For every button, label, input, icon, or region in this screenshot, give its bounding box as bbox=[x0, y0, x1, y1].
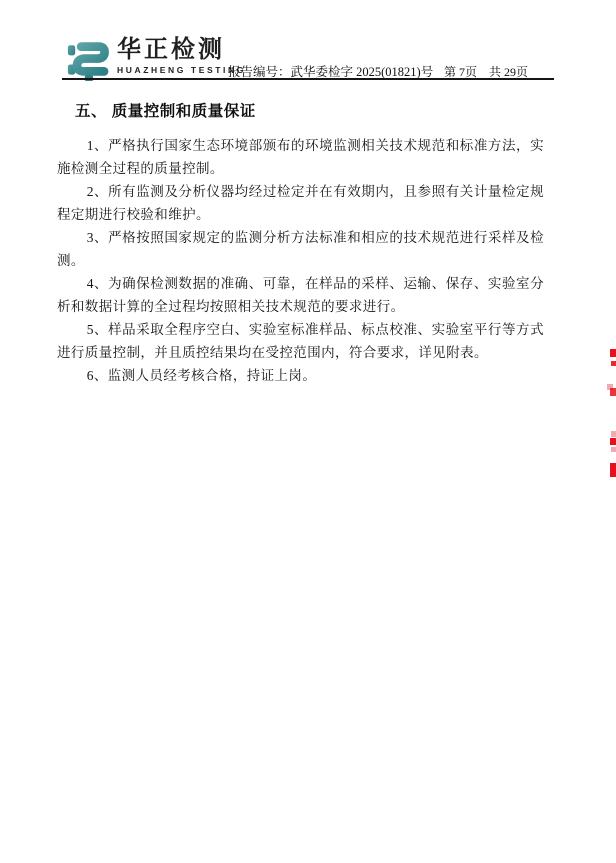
header-divider bbox=[62, 78, 554, 80]
logo-text-block: 华正检测 HUAZHENG TESTING bbox=[117, 37, 246, 75]
huazheng-logo-icon bbox=[67, 37, 110, 81]
paragraph-4: 4、为确保检测数据的准确、可靠，在样品的采样、运输、保存、实验室分析和数据计算的… bbox=[57, 272, 544, 318]
paragraph-6: 6、监测人员经考核合格，持证上岗。 bbox=[57, 364, 544, 387]
seal-fragment-icon bbox=[610, 388, 616, 396]
company-name-en: HUAZHENG TESTING bbox=[117, 65, 246, 75]
seal-fragment-icon bbox=[611, 447, 616, 452]
document-page: 华正检测 HUAZHENG TESTING 报告编号：武华委检字 2025(01… bbox=[0, 0, 616, 863]
section-title: 五、 质量控制和质量保证 bbox=[75, 99, 256, 121]
seal-fragment-icon bbox=[610, 438, 616, 445]
seal-fragment-icon bbox=[610, 349, 616, 357]
paragraph-2: 2、所有监测及分析仪器均经过检定并在有效期内，且参照有关计量检定规程定期进行校验… bbox=[57, 180, 544, 226]
paragraph-3: 3、严格按照国家规定的监测分析方法标准和相应的技术规范进行采样及检测。 bbox=[57, 226, 544, 272]
company-name-cn: 华正检测 bbox=[117, 37, 246, 63]
paragraph-1: 1、严格执行国家生态环境部颁布的环境监测相关技术规范和标准方法，实施检测全过程的… bbox=[57, 134, 544, 180]
body-text-block: 1、严格执行国家生态环境部颁布的环境监测相关技术规范和标准方法，实施检测全过程的… bbox=[57, 134, 544, 387]
report-header: 华正检测 HUAZHENG TESTING 报告编号：武华委检字 2025(01… bbox=[0, 0, 616, 82]
seal-fragment-icon bbox=[610, 463, 616, 477]
paragraph-5: 5、样品采取全程序空白、实验室标准样品、标点校准、实验室平行等方式进行质量控制，… bbox=[57, 318, 544, 364]
company-logo: 华正检测 HUAZHENG TESTING bbox=[67, 37, 246, 81]
seal-fragment-icon bbox=[611, 361, 616, 366]
seal-fragment-icon bbox=[611, 431, 616, 437]
